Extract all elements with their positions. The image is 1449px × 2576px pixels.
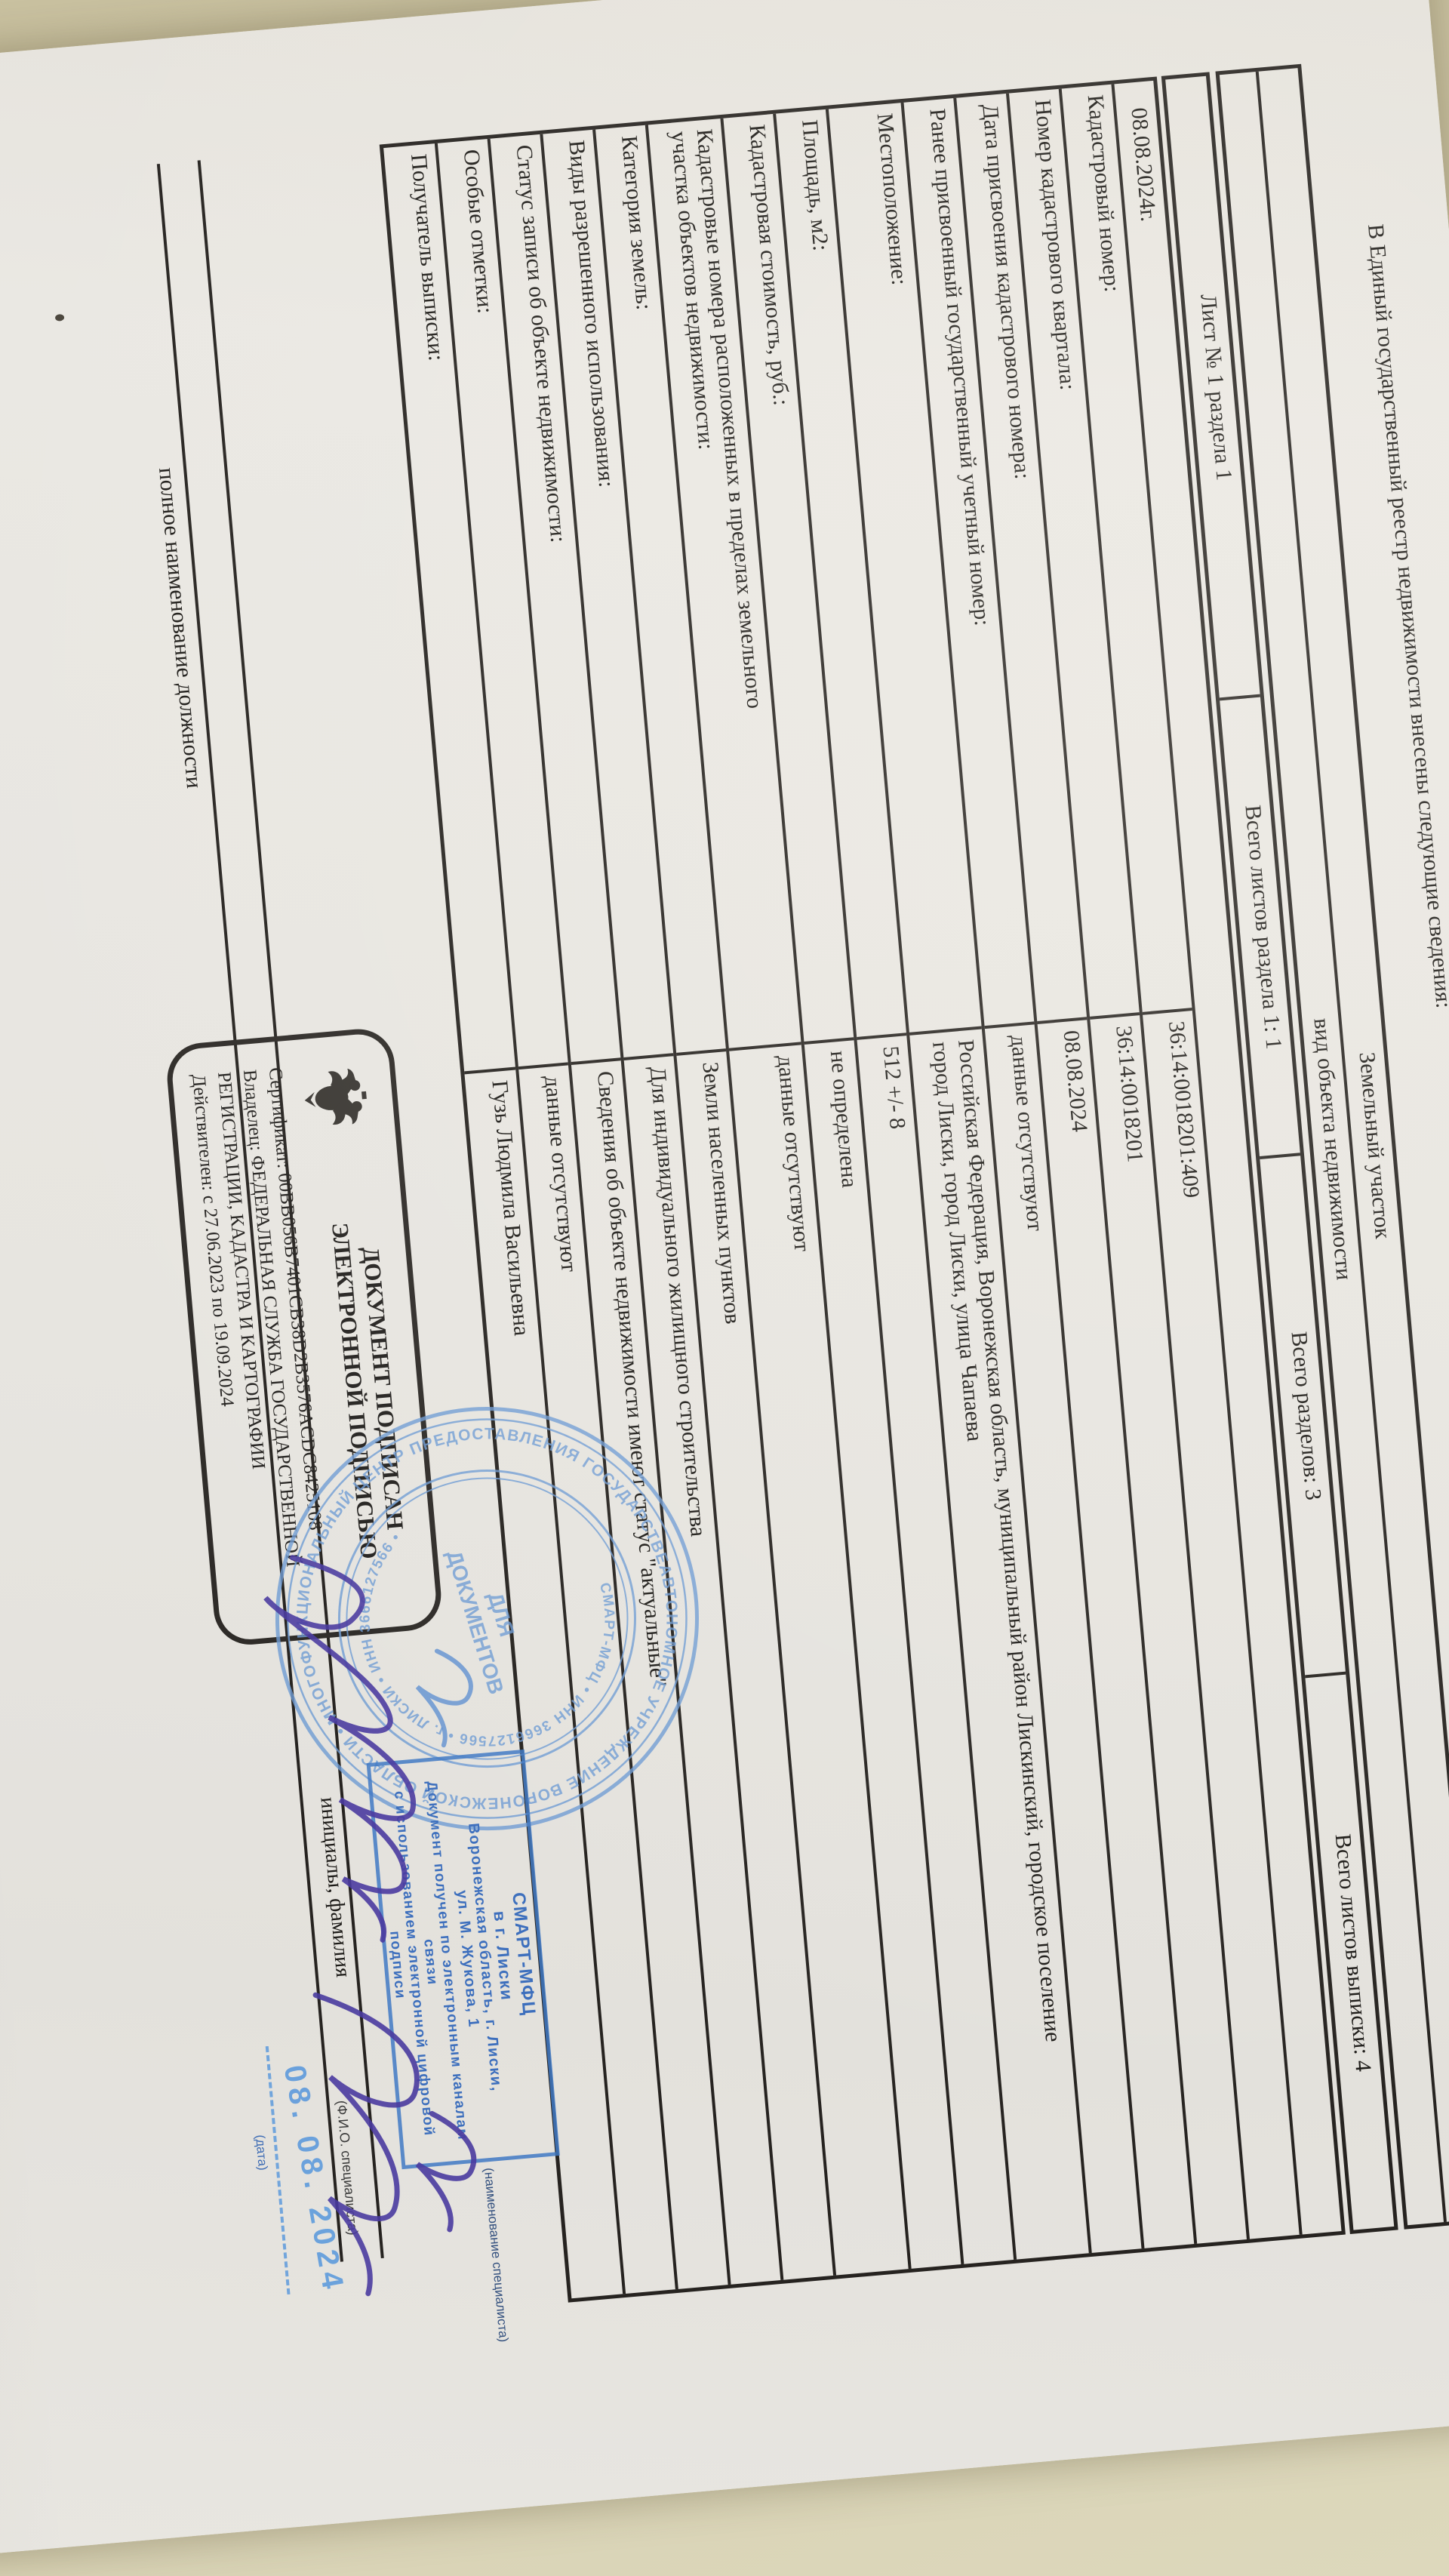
double-eagle-emblem <box>294 1053 379 1143</box>
paper-speck <box>55 314 65 322</box>
document-sheet: Сведения об основных характеристиках объ… <box>0 0 1449 2566</box>
position-caption: полное наименование должности <box>127 165 233 1091</box>
photo-of-egrn-extract: Сведения об основных характеристиках объ… <box>0 0 1449 2576</box>
intro-line: В Единый государственный реестр недвижим… <box>1362 223 1449 1010</box>
